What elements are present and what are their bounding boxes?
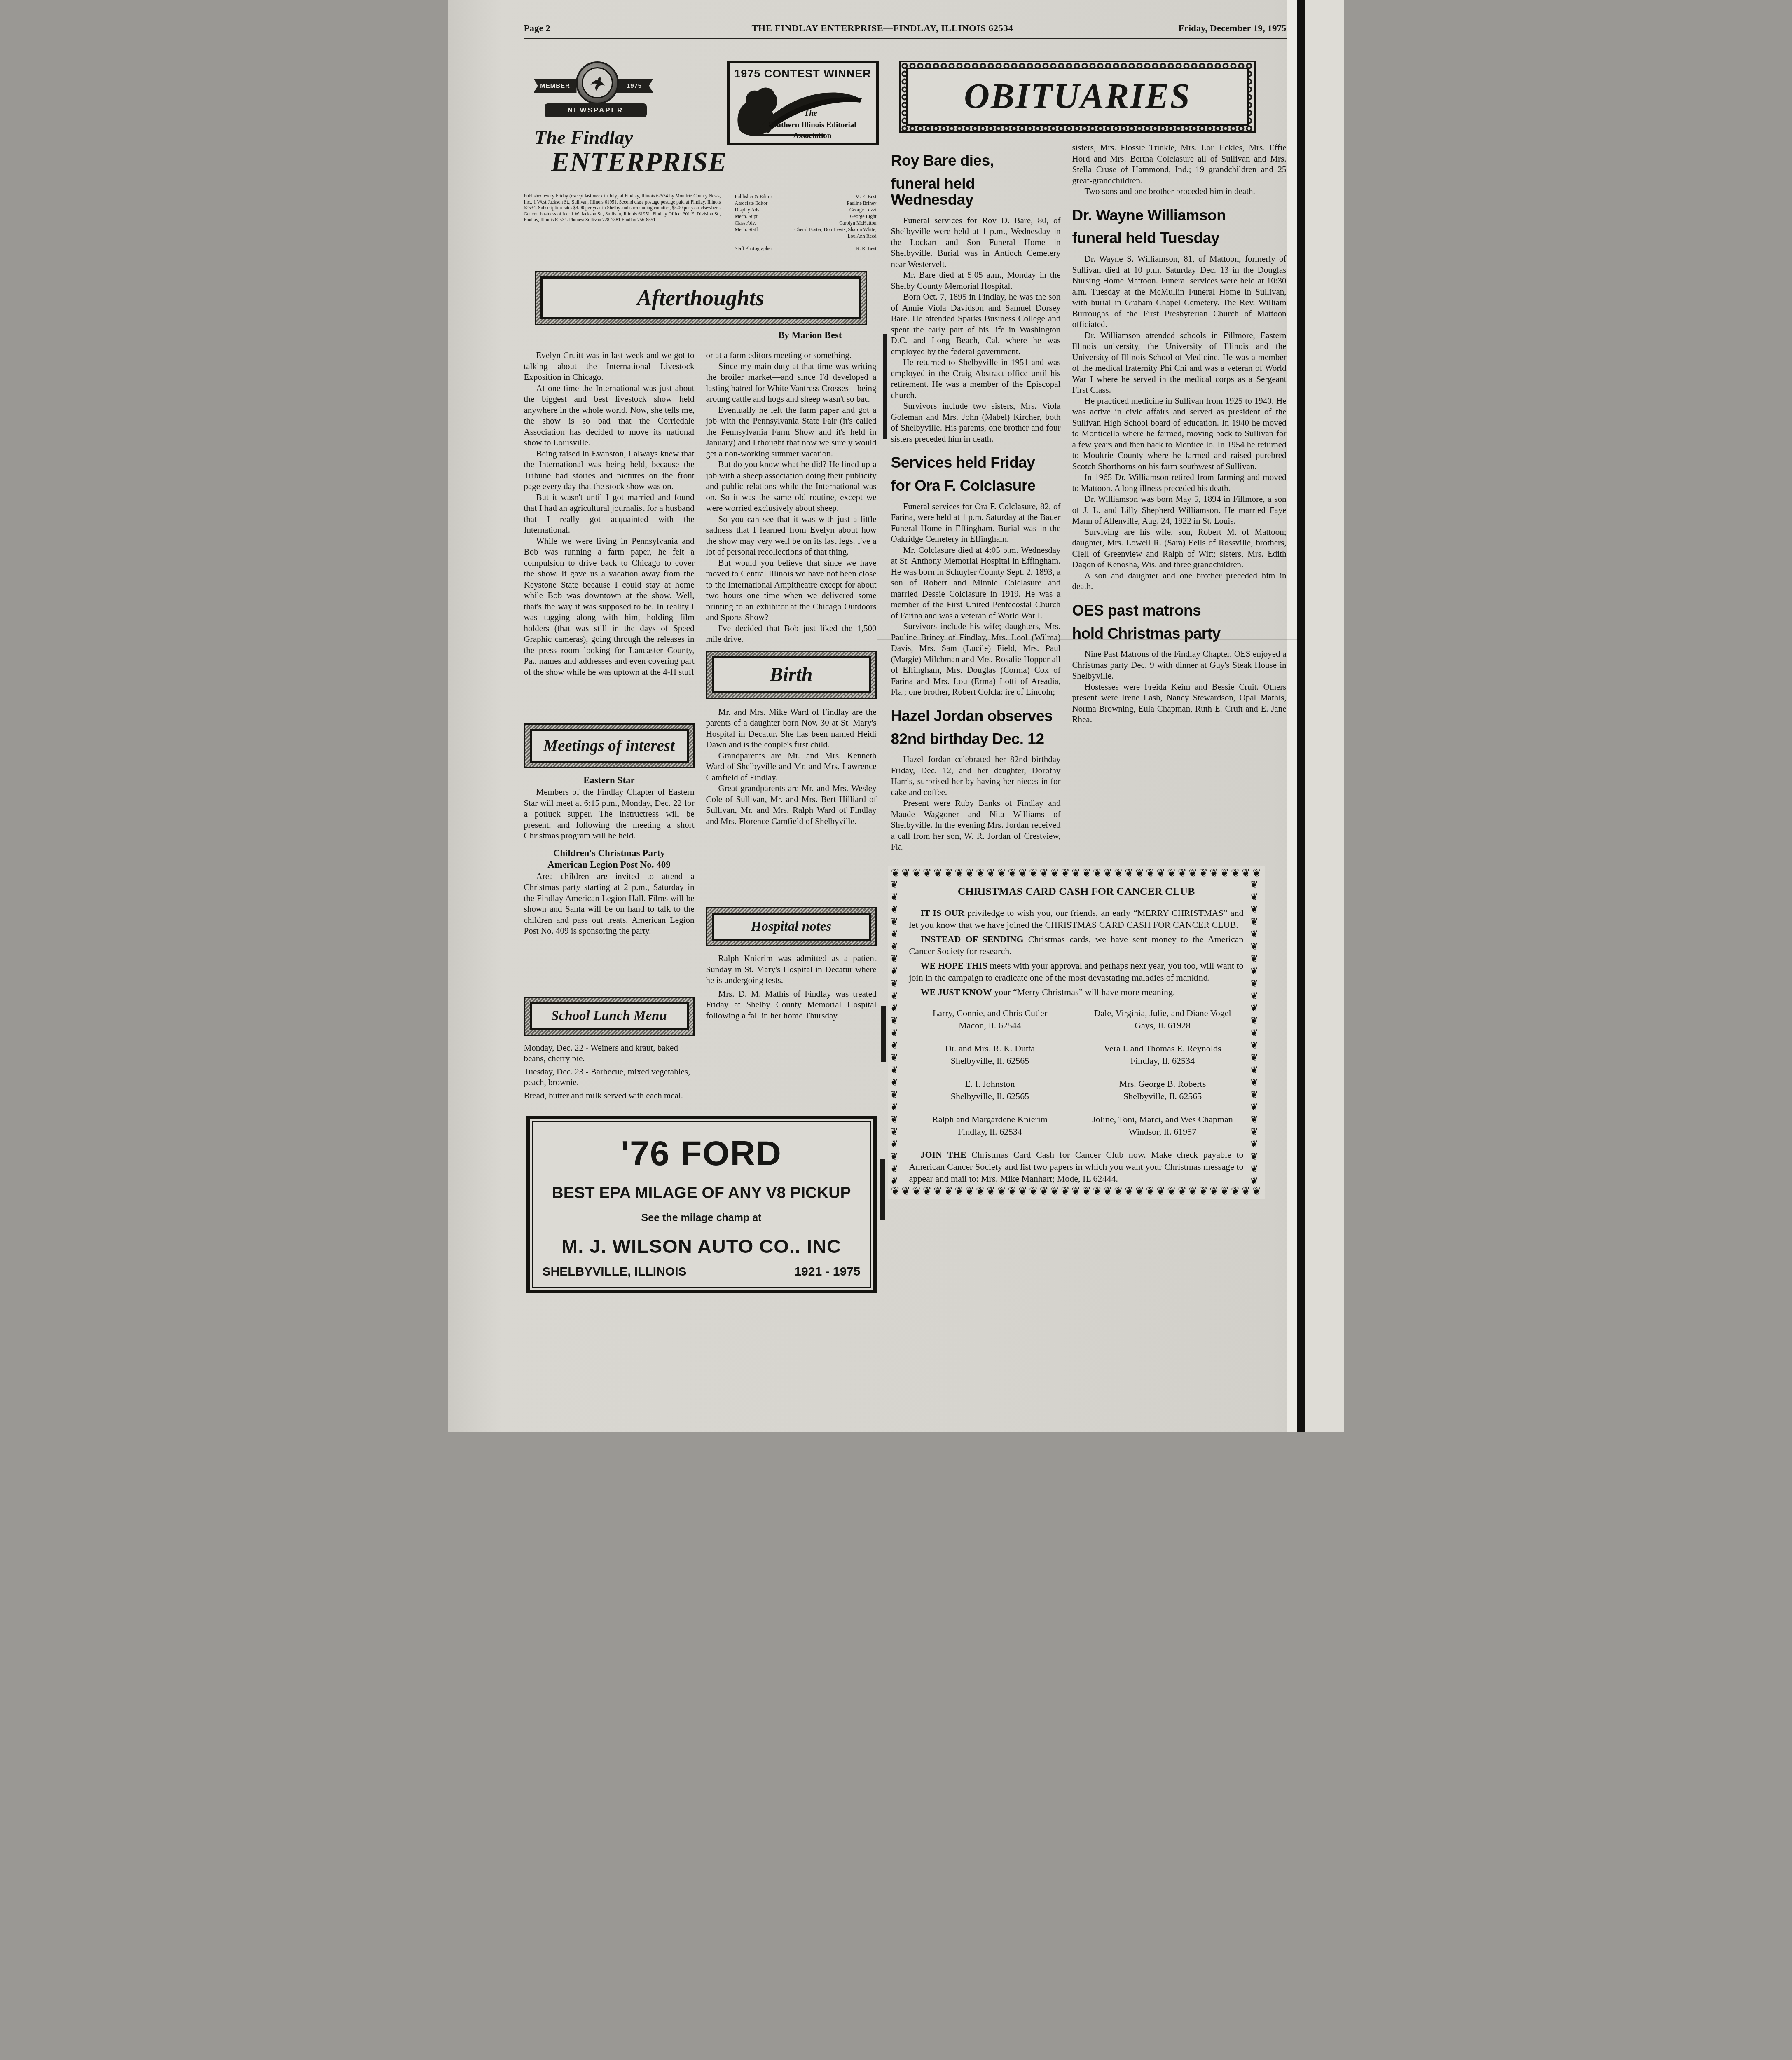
article-paragraph: Mrs. D. M. Mathis of Findlay was treated… [706,988,877,1021]
afterthoughts-box: Afterthoughts [535,271,867,325]
masthead: MEMBER 1975 NEWSPAPER The Findlay ENTERP… [524,61,877,176]
article-paragraph: But do you know what he did? He lined up… [706,459,877,514]
article-paragraph: I've decided that Bob just liked the 1,5… [706,623,877,645]
article-paragraph: sisters, Mrs. Flossie Trinkle, Mrs. Lou … [1072,142,1287,186]
childrens-party-subhead: Children's Christmas Party [524,848,695,859]
press-association-seal [576,61,619,104]
cancer-club-paragraph: WE HOPE THIS meets with your approval an… [909,960,1244,983]
column-2: or at a farm editors meeting or somethin… [706,350,877,1103]
roy-bare-headline: Roy Bare dies, funeral held Wednesday [891,153,1061,208]
hazel-jordan-headline: Hazel Jordan observes 82nd birthday Dec.… [891,708,1061,747]
article-paragraph: Being raised in Evanston, I always knew … [524,448,695,492]
article-paragraph: Present were Ruby Banks of Findlay and M… [891,798,1061,852]
signature-entry: Larry, Connie, and Chris CutlerMacon, Il… [909,1007,1071,1032]
obituaries-section: OBITUARIES Roy Bare dies, funeral held W… [891,39,1287,1199]
ad-tagline: See the milage champ at [543,1212,861,1224]
credit-row: Associate EditorPauline Briney [735,200,877,206]
left-columns: Evelyn Cruitt was in last week and we go… [524,350,877,1103]
scan-edge-highlight [1287,0,1297,1432]
article-paragraph: Since my main duty at that time was writ… [706,361,877,405]
svg-text:Southern Illinois Editorial: Southern Illinois Editorial [768,121,856,129]
ad-dealer-years: 1921 - 1975 [794,1265,860,1279]
ornament-border-top: ❦❦❦❦❦❦❦❦❦❦❦❦❦❦❦❦❦❦❦❦❦❦❦❦❦❦❦❦❦❦❦❦❦❦❦ [891,868,1262,879]
scan-smudge [880,1159,885,1220]
article-paragraph: A son and daughter and one brother prece… [1072,570,1287,592]
obituaries-banner: OBITUARIES [899,61,1256,133]
ad-headline: '76 FORD [543,1133,861,1173]
legion-post-subhead: American Legion Post No. 409 [524,859,695,870]
hospital-notes-box: Hospital notes [706,907,877,946]
paper-title: The Findlay ENTERPRISE [535,128,727,176]
cancer-club-paragraph: WE JUST KNOW your “Merry Christmas” will… [909,986,1244,998]
article-paragraph: Great-grandparents are Mr. and Mrs. Wesl… [706,783,877,826]
article-paragraph: Survivors include two sisters, Mrs. Viol… [891,400,1061,444]
quill-illustration-icon: The Southern Illinois Editorial Associat… [734,81,874,142]
year-ribbon: 1975 [615,79,653,93]
column-1: Evelyn Cruitt was in last week and we go… [524,350,695,1103]
newspaper-bar: NEWSPAPER [545,103,647,117]
ora-colclasure-headline: Services held Friday for Ora F. Colclasu… [891,455,1061,494]
eagle-icon [582,67,613,98]
article-paragraph: Mr. Bare died at 5:05 a.m., Monday in th… [891,269,1061,291]
scan-fold-line [877,639,1297,640]
column-3: Roy Bare dies, funeral held Wednesday Fu… [891,142,1061,852]
birth-title: Birth [714,658,869,691]
article-paragraph: Two sons and one brother proceded him in… [1072,186,1287,197]
oes-matrons-headline: OES past matrons hold Christmas party [1072,603,1287,642]
article-paragraph: Mr. Colclasure died at 4:05 p.m. Wednesd… [891,545,1061,621]
signature-entry: E. I. JohnstonShelbyville, Il. 62565 [909,1078,1071,1103]
credit-row: Mech. StaffCheryl Foster, Don Lewis, Sha… [735,226,877,239]
wayne-williamson-headline: Dr. Wayne Williamson funeral held Tuesda… [1072,208,1287,247]
afterthoughts-title: Afterthoughts [543,279,859,317]
meetings-of-interest-box: Meetings of interest [524,723,695,768]
signature-entry: Dr. and Mrs. R. K. DuttaShelbyville, Il.… [909,1042,1071,1067]
page-number: Page 2 [524,23,615,34]
menu-line: Tuesday, Dec. 23 - Barbecue, mixed veget… [524,1066,695,1088]
article-paragraph: Dr. Williamson was born May 5, 1894 in F… [1072,494,1287,527]
article-paragraph: At one time the International was just a… [524,383,695,448]
article-paragraph: He returned to Shelbyville in 1951 and w… [891,357,1061,400]
cancer-club-paragraph: INSTEAD OF SENDING Christmas cards, we h… [909,933,1244,957]
article-paragraph: Survivors include his wife; daughters, M… [891,621,1061,698]
scan-smudge [883,334,887,439]
cancer-club-box: ❦❦❦❦❦❦❦❦❦❦❦❦❦❦❦❦❦❦❦❦❦❦❦❦❦❦❦❦❦❦❦❦❦❦❦ ❦❦❦❦… [888,866,1265,1199]
running-head: Page 2 THE FINDLAY ENTERPRISE—FINDLAY, I… [448,0,1344,34]
left-section: MEMBER 1975 NEWSPAPER The Findlay ENTERP… [524,39,877,1293]
obituary-columns: Roy Bare dies, funeral held Wednesday Fu… [891,142,1287,852]
menu-line: Monday, Dec. 22 - Weiners and kraut, bak… [524,1042,695,1064]
scan-fold-line [448,489,1297,489]
article-paragraph: Members of the Findlay Chapter of Easter… [524,787,695,841]
paper-title-line2: ENTERPRISE [551,148,727,176]
cancer-club-title: CHRISTMAS CARD CASH FOR CANCER CLUB [909,885,1244,898]
member-ribbon: MEMBER [534,79,577,93]
ad-dealer-city: SHELBYVILLE, ILLINOIS [543,1265,687,1279]
svg-text:Association: Association [793,131,831,140]
credit-row: Mech. Supt.George Light [735,213,877,220]
article-paragraph: But would you believe that since we have… [706,557,877,623]
article-paragraph: Mr. and Mrs. Mike Ward of Findlay are th… [706,707,877,750]
scan-smudge [881,1006,886,1062]
ad-subheadline: BEST EPA MILAGE OF ANY V8 PICKUP [543,1184,861,1202]
birth-box: Birth [706,651,877,699]
svg-text:The: The [804,109,817,118]
ornament-border-right: ❦❦❦❦❦❦❦❦❦❦❦❦❦❦❦❦❦❦❦❦❦❦❦❦❦❦❦ [1250,879,1263,1186]
school-lunch-title: School Lunch Menu [532,1004,687,1028]
article-paragraph: Grandparents are Mr. and Mrs. Kenneth Wa… [706,750,877,783]
cancer-club-signatures: Larry, Connie, and Chris CutlerMacon, Il… [909,1007,1244,1138]
school-lunch-box: School Lunch Menu [524,997,695,1036]
article-paragraph: Nine Past Matrons of the Findlay Chapter… [1072,648,1287,681]
article-paragraph: Eventually he left the farm paper and go… [706,405,877,459]
signature-entry: Vera I. and Thomas E. ReynoldsFindlay, I… [1082,1042,1244,1067]
article-paragraph: He practiced medicine in Sullivan from 1… [1072,396,1287,472]
ornament-border-bottom: ❦❦❦❦❦❦❦❦❦❦❦❦❦❦❦❦❦❦❦❦❦❦❦❦❦❦❦❦❦❦❦❦❦❦❦ [891,1186,1262,1197]
signature-entry: Ralph and Margardene KnierimFindlay, Il.… [909,1113,1071,1138]
masthead-left: MEMBER 1975 NEWSPAPER The Findlay ENTERP… [524,61,727,176]
ad-dealer-footer: SHELBYVILLE, ILLINOIS 1921 - 1975 [543,1265,861,1279]
signature-entry: Dale, Virginia, Julie, and Diane VogelGa… [1082,1007,1244,1032]
contest-winner-box: 1975 CONTEST WINNER The Southern Illinoi… [727,61,879,145]
article-paragraph: So you can see that it was with just a l… [706,514,877,557]
staff-credits: Publisher & EditorM. E. Best Associate E… [721,193,877,252]
ford-advertisement: '76 FORD BEST EPA MILAGE OF ANY V8 PICKU… [526,1116,877,1293]
article-paragraph: or at a farm editors meeting or somethin… [706,350,877,361]
paper-title-line1: The Findlay [535,128,727,147]
article-paragraph: Surviving are his wife, son, Robert M. o… [1072,527,1287,570]
signature-entry: Joline, Toni, Marci, and Wes ChapmanWind… [1082,1113,1244,1138]
article-paragraph: Born Oct. 7, 1895 in Findlay, he was the… [891,291,1061,357]
credit-row: Staff PhotographerR. R. Best [735,245,877,252]
article-paragraph: Funeral services for Ora F. Colclasure, … [891,501,1061,545]
article-paragraph: Hostesses were Freida Keim and Bessie Cr… [1072,681,1287,725]
paper-name-folio: THE FINDLAY ENTERPRISE—FINDLAY, ILLINOIS… [615,23,1151,34]
ad-dealer-name: M. J. WILSON AUTO CO.. INC [543,1235,861,1257]
contest-winner-title: 1975 CONTEST WINNER [734,68,872,80]
cancer-club-paragraph: IT IS OUR priviledge to wish you, our fr… [909,907,1244,931]
member-newspaper-badge: MEMBER 1975 NEWSPAPER [534,61,657,126]
cancer-club-closing: JOIN THE Christmas Card Cash for Cancer … [909,1149,1244,1184]
newspaper-page: Page 2 THE FINDLAY ENTERPRISE—FINDLAY, I… [448,0,1344,1432]
scan-edge-shadow [1297,0,1305,1432]
masthead-smallprint: Published every Friday (except last week… [524,193,877,252]
article-paragraph: Dr. Wayne S. Williamson, 81, of Mattoon,… [1072,253,1287,330]
column-4: sisters, Mrs. Flossie Trinkle, Mrs. Lou … [1072,142,1287,852]
article-paragraph: Funeral services for Roy D. Bare, 80, of… [891,215,1061,270]
signature-entry: Mrs. George B. RobertsShelbyville, Il. 6… [1082,1078,1244,1103]
article-paragraph: Ralph Knierim was admitted as a patient … [706,953,877,986]
credit-row: Class Adv.Carolyn McHatton [735,220,877,226]
article-paragraph: Hazel Jordan celebrated her 82nd birthda… [891,754,1061,798]
menu-line: Bread, butter and milk served with each … [524,1090,695,1101]
ornament-border-left: ❦❦❦❦❦❦❦❦❦❦❦❦❦❦❦❦❦❦❦❦❦❦❦❦❦❦❦ [890,879,903,1186]
hospital-notes-title: Hospital notes [714,915,869,939]
credit-row: Publisher & EditorM. E. Best [735,193,877,200]
article-paragraph: But it wasn't until I got married and fo… [524,492,695,536]
issue-date: Friday, December 19, 1975 [1151,23,1287,34]
meetings-title: Meetings of interest [532,731,687,761]
publication-legal: Published every Friday (except last week… [524,193,721,252]
column-byline: By Marion Best [524,330,842,341]
article-paragraph: Area children are invited to attend a Ch… [524,871,695,936]
article-paragraph: Dr. Williamson attended schools in Fillm… [1072,330,1287,396]
article-paragraph: In 1965 Dr. Williamson retired from farm… [1072,472,1287,494]
scan-edge [1305,0,1344,1432]
obituaries-banner-title: OBITUARIES [908,69,1247,124]
article-paragraph: Evelyn Cruitt was in last week and we go… [524,350,695,383]
credit-row: Display Adv.George Lozzi [735,206,877,213]
article-paragraph: While we were living in Pennsylvania and… [524,536,695,678]
eastern-star-subhead: Eastern Star [524,775,695,786]
page-body: MEMBER 1975 NEWSPAPER The Findlay ENTERP… [448,39,1344,1293]
